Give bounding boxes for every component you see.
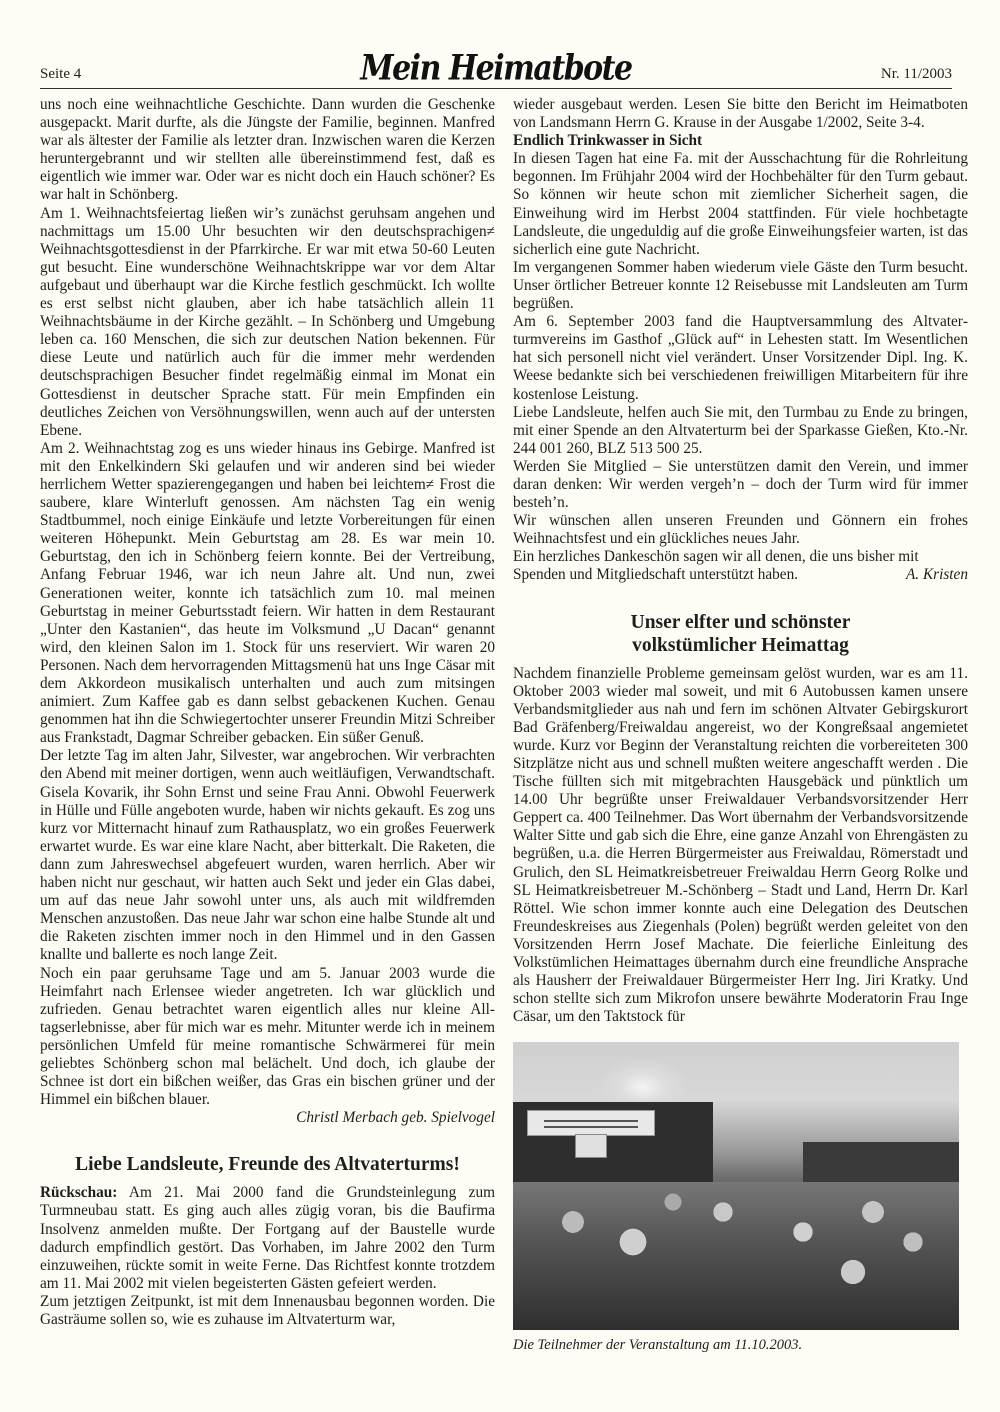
subheading: Endlich Trinkwasser in Sicht — [513, 132, 968, 150]
paragraph: wieder ausgebaut werden. Lesen Sie bitte… — [513, 96, 968, 132]
author-byline: Christl Merbach geb. Spielvogel — [40, 1109, 495, 1127]
article-heimattag: Unser elfter und schönster volkstümliche… — [513, 611, 968, 1027]
paragraph: Zum jetztigen Zeitpunkt, ist mit dem Inn… — [40, 1293, 495, 1329]
event-photo — [513, 1042, 959, 1330]
newspaper-masthead: Mein Heimatbote — [360, 48, 631, 88]
paragraph: Im vergangenen Sommer haben wiederum vie… — [513, 259, 968, 313]
paragraph: Liebe Landsleute, helfen auch Sie mit, d… — [513, 404, 968, 458]
article-title: Liebe Landsleute, Freunde des Altvatertu… — [40, 1153, 495, 1176]
photo-caption: Die Teilnehmer der Veranstaltung am 11.1… — [513, 1336, 968, 1354]
article-title: Unser elfter und schönster volkstümliche… — [513, 611, 968, 657]
paragraph: Ein herzliches Dankeschön sagen wir all … — [513, 548, 968, 566]
title-line: volkstümlicher Heimattag — [513, 634, 968, 657]
page-number: Seite 4 — [40, 66, 81, 83]
paragraph: In diesen Tagen hat eine Fa. mit der Aus… — [513, 150, 968, 259]
paragraph: Der letzte Tag im alten Jahr, Silvester,… — [40, 747, 495, 964]
left-column: uns noch eine weihnachtliche Geschichte.… — [40, 96, 495, 1329]
page-header: Seite 4 Mein Heimatbote Nr. 11/2003 — [40, 50, 952, 89]
photo-crest — [575, 1134, 607, 1158]
paragraph: uns noch eine weihnachtliche Geschichte.… — [40, 96, 495, 205]
paragraph: Wir wünschen allen unseren Freunden und … — [513, 512, 968, 548]
paragraph: Rückschau: Am 21. Mai 2000 fand die Grun… — [40, 1184, 495, 1293]
author-byline: A. Kristen — [906, 566, 968, 584]
article-altvaterturm: Liebe Landsleute, Freunde des Altvatertu… — [40, 1153, 495, 1329]
title-line: Unser elfter und schönster — [513, 611, 968, 634]
paragraph: Nachdem finanzielle Probleme gemeinsam g… — [513, 665, 968, 1027]
article-christmas-story: uns noch eine weihnachtliche Geschichte.… — [40, 96, 495, 1127]
photo-banner — [527, 1110, 655, 1136]
paragraph: Werden Sie Mitglied – Sie unterstützen d… — [513, 458, 968, 512]
paragraph: Am 2. Weihnachtstag zog es uns wieder hi… — [40, 440, 495, 748]
article-altvaterturm-continued: wieder ausgebaut werden. Lesen Sie bitte… — [513, 96, 968, 585]
paragraph: Noch ein paar geruhsame Tage und am 5. J… — [40, 965, 495, 1110]
paragraph: Am 1. Weihnachtsfeiertag ließen wir’s zu… — [40, 205, 495, 440]
closing-text: Spenden und Mitgliedschaft unterstützt h… — [513, 566, 798, 584]
issue-number: Nr. 11/2003 — [881, 66, 952, 83]
lead-label: Rückschau: — [40, 1184, 117, 1201]
closing-line: Spenden und Mitgliedschaft unterstützt h… — [513, 566, 968, 584]
paragraph: Am 6. September 2003 fand die Hauptversa… — [513, 313, 968, 403]
photo-crowd — [513, 1182, 959, 1330]
right-column: wieder ausgebaut werden. Lesen Sie bitte… — [513, 96, 968, 1355]
